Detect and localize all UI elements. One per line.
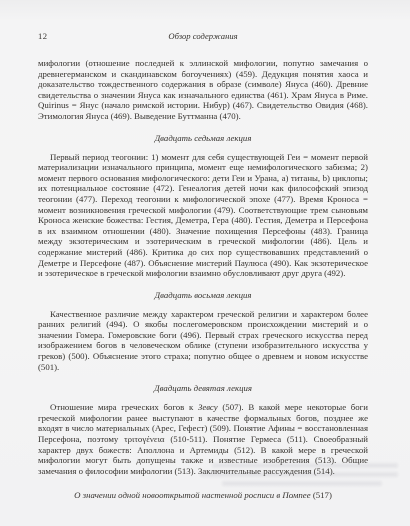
paragraph-intro: мифологии (отношение последней к эллинск… [38, 58, 368, 122]
paragraph-lecture-28: Качественное различие между характером г… [38, 309, 368, 373]
page-body: мифологии (отношение последней к эллинск… [38, 58, 368, 501]
heading-lecture-27: Двадцать седьмая лекция [38, 133, 368, 144]
page-number: 12 [38, 30, 48, 42]
paragraph-lecture-29: Отношение мира греческих богов к Зевсу (… [38, 402, 368, 476]
paragraph-29-zeus-italic: Зевсу [198, 402, 218, 412]
heading-lecture-29: Двадцать девятая лекция [38, 383, 368, 394]
paragraph-29-text-before: Отношение мира греческих богов к [50, 402, 198, 412]
running-head-title: Обзор содержания [38, 30, 368, 42]
appendix-page-ref: (517) [311, 490, 332, 500]
heading-lecture-28: Двадцать восьмая лекция [38, 290, 368, 301]
paragraph-29-text-after: (507). В какой мере некоторые боги грече… [38, 402, 368, 476]
appendix-title: О значении одной новооткрытой настенной … [74, 490, 311, 500]
appendix-title-line: О значении одной новооткрытой настенной … [38, 490, 368, 501]
paragraph-lecture-27: Первый период теогонии: 1) момент для се… [38, 152, 368, 279]
book-page: 12 Обзор содержания мифологии (отношение… [0, 0, 410, 526]
running-head: 12 Обзор содержания [38, 30, 368, 42]
